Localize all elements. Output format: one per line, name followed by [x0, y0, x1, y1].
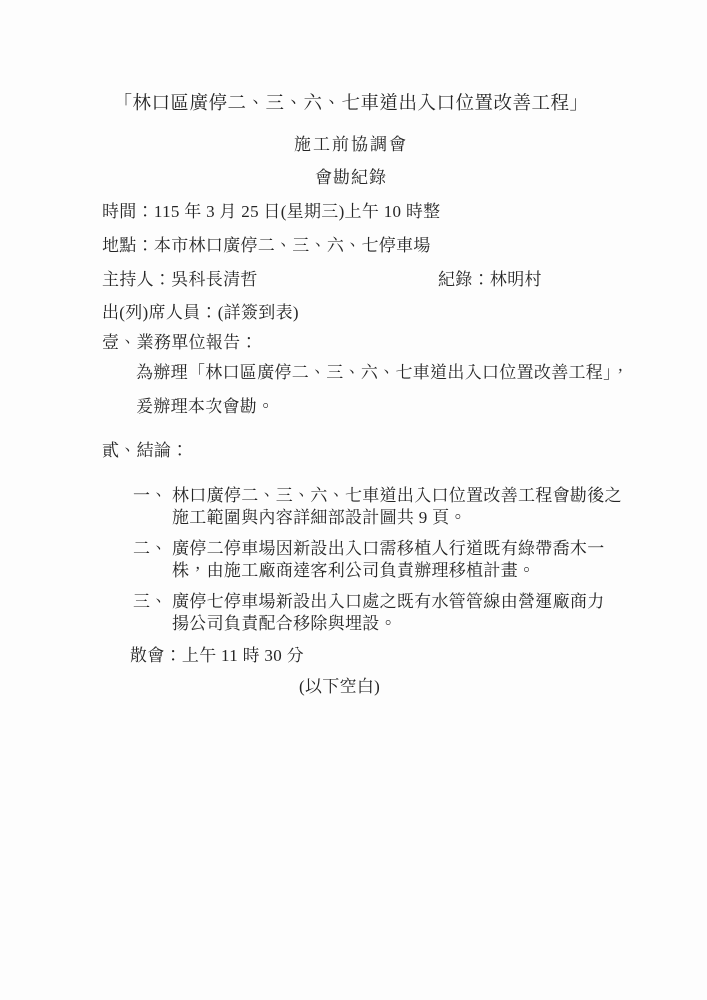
meta-recorder: 紀錄：林明村 — [438, 269, 542, 291]
meta-host: 主持人：吳科長清哲 — [102, 269, 258, 291]
list-item-line: 揚公司負責配合移除與埋設。 — [172, 613, 397, 635]
list-item-line: 廣停二停車場因新設出入口需移植人行道既有綠帶喬木一 — [172, 538, 605, 560]
blank-note: (以下空白) — [299, 676, 380, 698]
section-conclusion-heading: 貳、結論： — [102, 440, 189, 462]
meta-attendees: 出(列)席人員：(詳簽到表) — [102, 302, 299, 324]
doc-record-type: 會勘紀錄 — [95, 167, 607, 189]
list-item-line: 廣停七停車場新設出入口處之既有水管管線由營運廠商力 — [172, 591, 605, 613]
doc-subtitle: 施工前協調會 — [95, 134, 607, 156]
list-item-line: 林口廣停二、三、六、七車道出入口位置改善工程會勘後之 — [172, 485, 622, 507]
list-item-line: 株，由施工廠商達客利公司負責辦理移植計畫。 — [172, 560, 535, 582]
document-page: 「林口區廣停二、三、六、七車道出入口位置改善工程」 施工前協調會 會勘紀錄 時間… — [0, 0, 707, 1000]
adjourn-line: 散會：上午 11 時 30 分 — [130, 645, 304, 667]
section-report-heading: 壹、業務單位報告： — [102, 332, 258, 354]
list-item-marker: 三、 — [133, 591, 168, 613]
meta-location: 地點：本市林口廣停二、三、六、七停車場 — [102, 235, 431, 257]
report-paragraph-line: 爰辦理本次會勘。 — [136, 396, 274, 418]
list-item-marker: 二、 — [133, 538, 168, 560]
list-item-marker: 一、 — [133, 485, 168, 507]
doc-title: 「林口區廣停二、三、六、七車道出入口位置改善工程」 — [95, 93, 607, 115]
meta-time: 時間：115 年 3 月 25 日(星期三)上午 10 時整 — [102, 201, 440, 223]
list-item-line: 施工範圍與內容詳細部設計圖共 9 頁。 — [172, 507, 467, 529]
report-paragraph-line: 為辦理「林口區廣停二、三、六、七車道出入口位置改善工程」， — [136, 362, 629, 384]
